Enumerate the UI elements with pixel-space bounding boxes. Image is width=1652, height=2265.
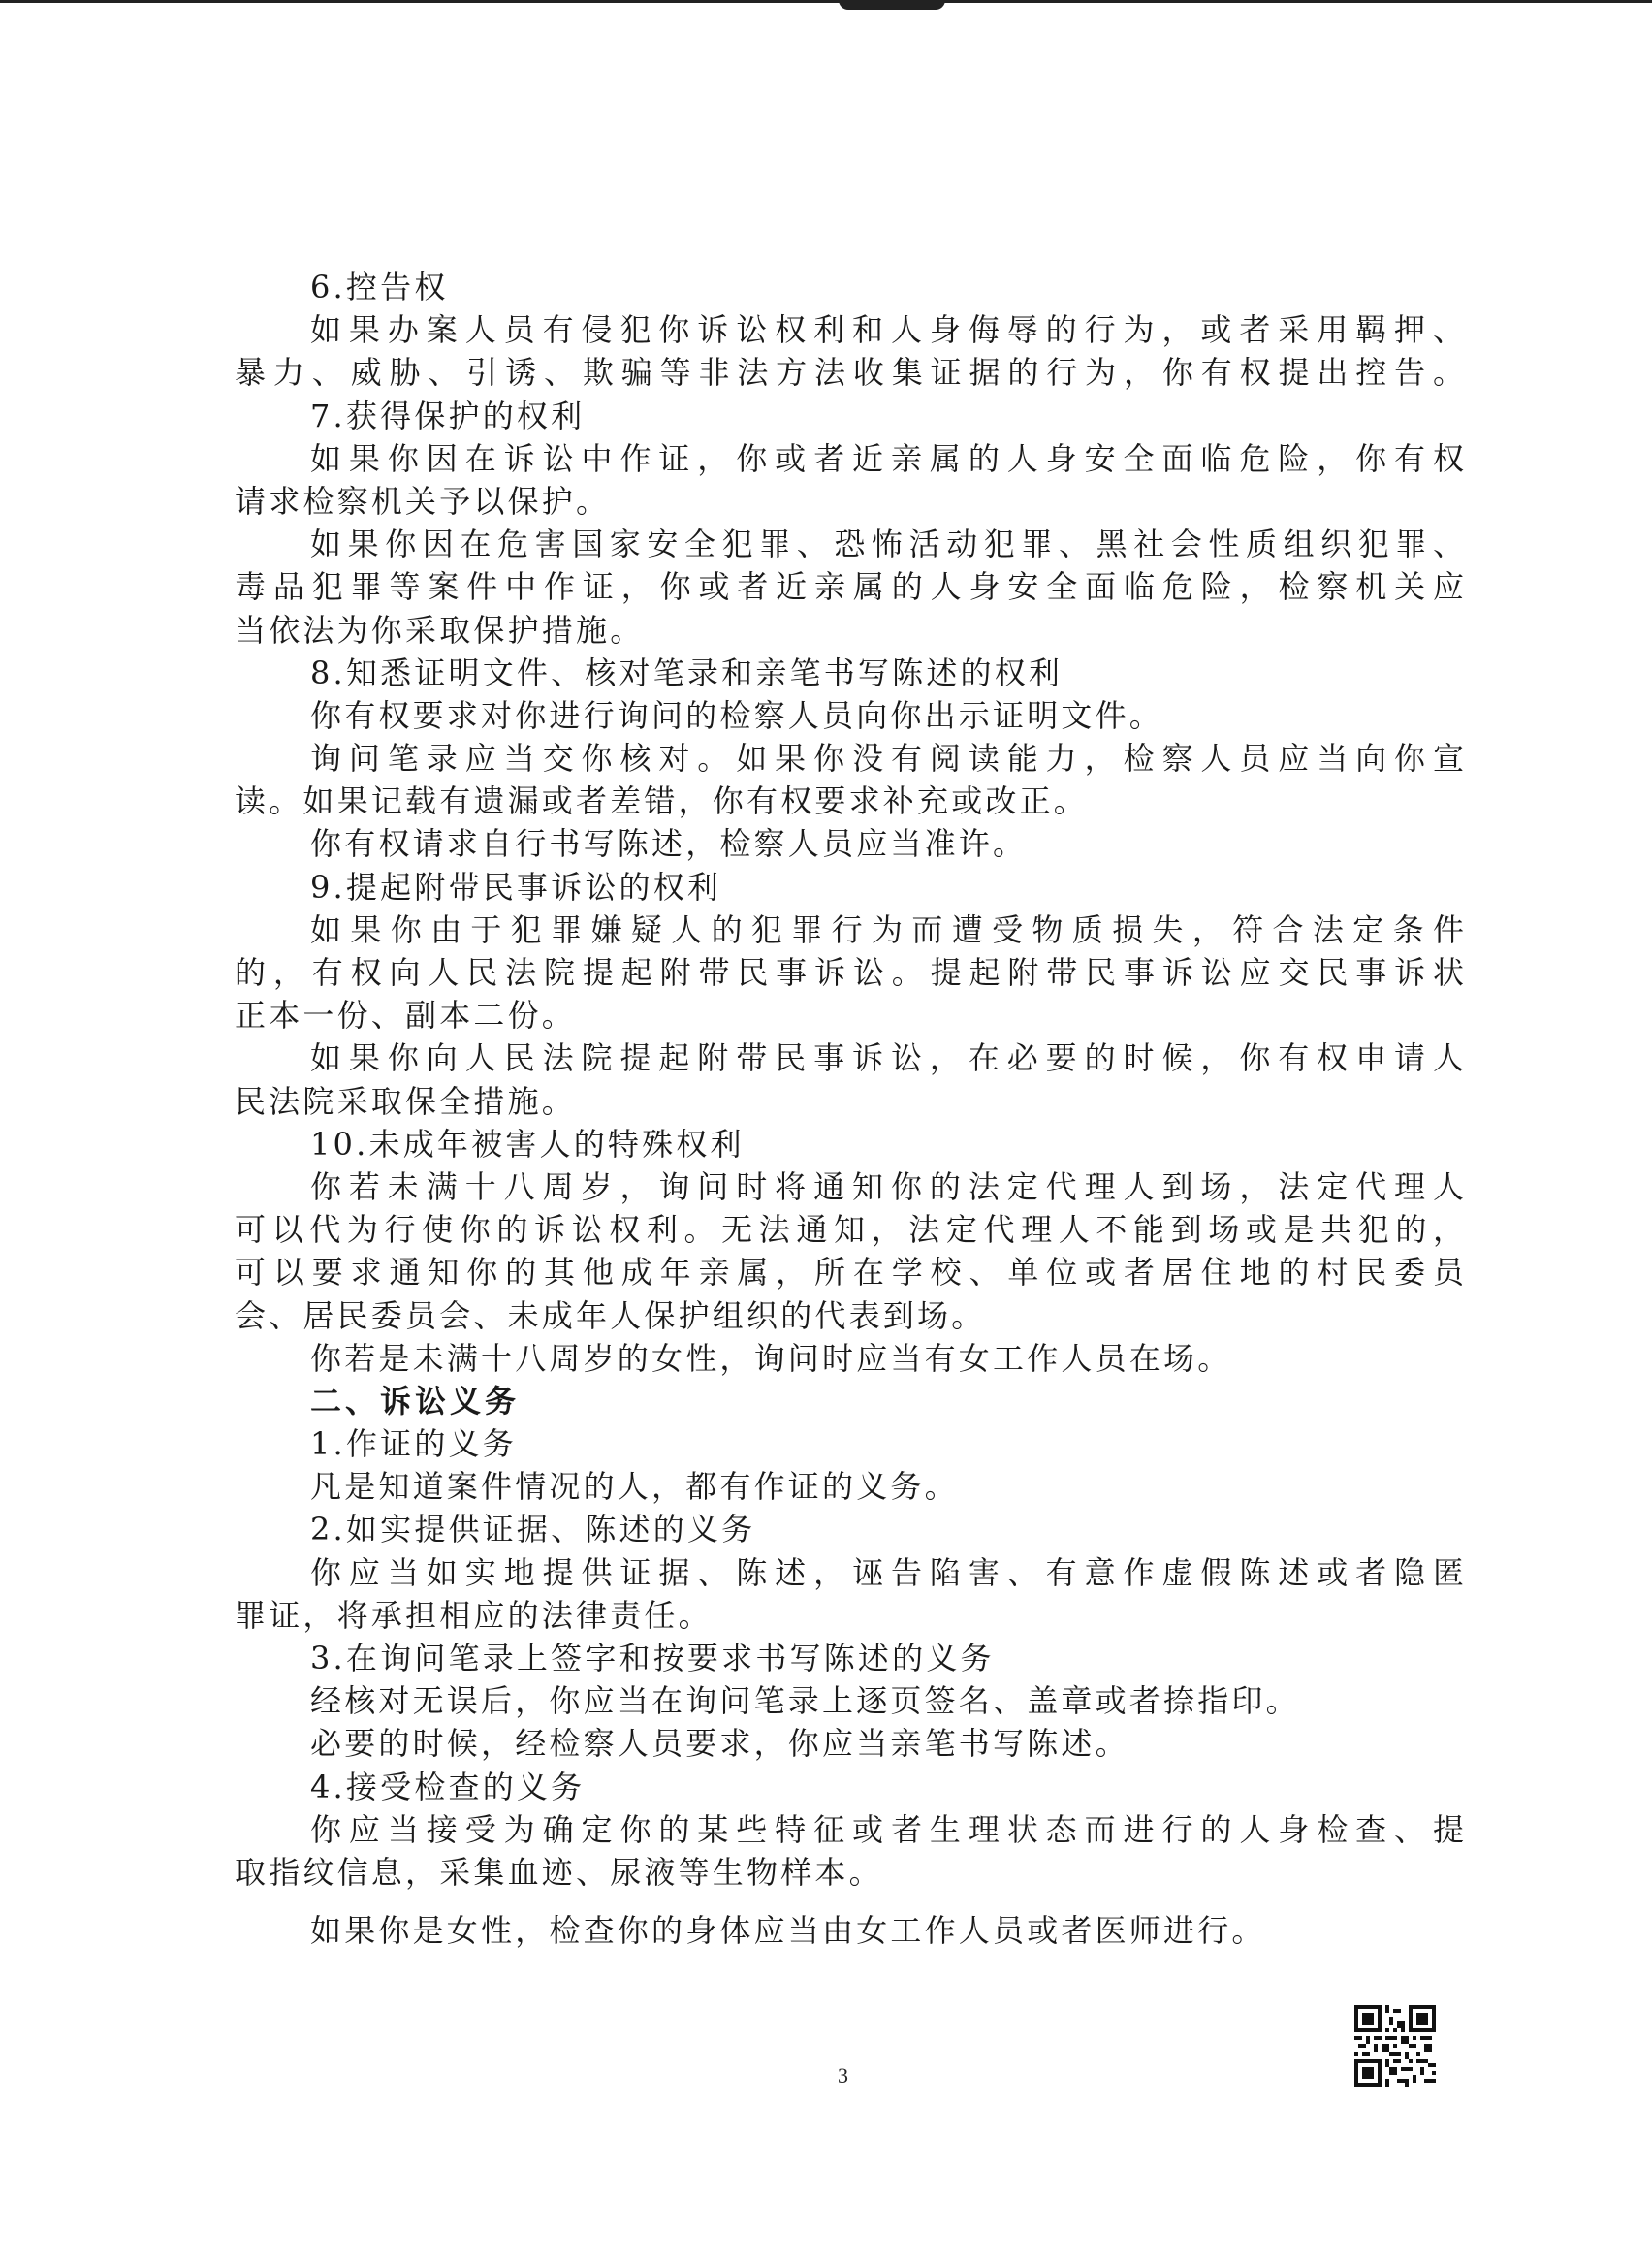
spacer xyxy=(235,1894,1464,1909)
heading-protection-right: 7.获得保护的权利 xyxy=(235,395,1464,437)
page-number: 3 xyxy=(838,2063,848,2089)
heading-minor-victim-rights: 10.未成年被害人的特殊权利 xyxy=(235,1123,1464,1165)
heading-signature-obligation: 3.在询问笔录上签字和按要求书写陈述的义务 xyxy=(235,1637,1464,1679)
scan-clip-shadow xyxy=(839,0,945,10)
paragraph-line: 会、居民委员会、未成年人保护组织的代表到场。 xyxy=(235,1294,1464,1337)
heading-truthful-evidence-obligation: 2.如实提供证据、陈述的义务 xyxy=(235,1508,1464,1550)
paragraph-line: 询问笔录应当交你核对。如果你没有阅读能力，检察人员应当向你宣 xyxy=(235,737,1464,780)
document-page: 6.控告权 如果办案人员有侵犯你诉讼权利和人身侮辱的行为，或者采用羁押、 暴力、… xyxy=(235,266,1464,1952)
paragraph-line: 经核对无误后，你应当在询问笔录上逐页签名、盖章或者捺指印。 xyxy=(235,1679,1464,1722)
paragraph-line: 如果你是女性，检查你的身体应当由女工作人员或者医师进行。 xyxy=(235,1909,1464,1952)
paragraph-line: 你有权请求自行书写陈述，检察人员应当准许。 xyxy=(235,822,1464,865)
paragraph-line: 当依法为你采取保护措施。 xyxy=(235,609,1464,652)
heading-accusation-right: 6.控告权 xyxy=(235,266,1464,308)
paragraph-line: 请求检察机关予以保护。 xyxy=(235,480,1464,523)
paragraph-line: 的，有权向人民法院提起附带民事诉讼。提起附带民事诉讼应交民事诉状 xyxy=(235,951,1464,994)
paragraph-line: 正本一份、副本二份。 xyxy=(235,994,1464,1037)
paragraph-line: 如果你因在诉讼中作证，你或者近亲属的人身安全面临危险，你有权 xyxy=(235,437,1464,480)
paragraph-line: 取指纹信息，采集血迹、尿液等生物样本。 xyxy=(235,1851,1464,1894)
paragraph-line: 可以代为行使你的诉讼权利。无法通知，法定代理人不能到场或是共犯的， xyxy=(235,1208,1464,1251)
heading-civil-suit-right: 9.提起附带民事诉讼的权利 xyxy=(235,866,1464,909)
qr-code-icon xyxy=(1354,2005,1436,2087)
heading-examination-obligation: 4.接受检查的义务 xyxy=(235,1766,1464,1808)
scan-edge xyxy=(0,0,1652,3)
paragraph-line: 你应当如实地提供证据、陈述，诬告陷害、有意作虚假陈述或者隐匿 xyxy=(235,1551,1464,1594)
heading-testify-obligation: 1.作证的义务 xyxy=(235,1422,1464,1465)
paragraph-line: 罪证，将承担相应的法律责任。 xyxy=(235,1594,1464,1637)
paragraph-line: 如果你因在危害国家安全犯罪、恐怖活动犯罪、黑社会性质组织犯罪、 xyxy=(235,523,1464,565)
paragraph-line: 你若是未满十八周岁的女性，询问时应当有女工作人员在场。 xyxy=(235,1337,1464,1380)
paragraph-line: 民法院采取保全措施。 xyxy=(235,1080,1464,1123)
paragraph-line: 你有权要求对你进行询问的检察人员向你出示证明文件。 xyxy=(235,694,1464,737)
paragraph-line: 凡是知道案件情况的人，都有作证的义务。 xyxy=(235,1465,1464,1508)
paragraph-line: 暴力、威胁、引诱、欺骗等非法方法收集证据的行为，你有权提出控告。 xyxy=(235,351,1464,394)
paragraph-line: 必要的时候，经检察人员要求，你应当亲笔书写陈述。 xyxy=(235,1722,1464,1765)
paragraph-line: 你若未满十八周岁，询问时将通知你的法定代理人到场，法定代理人 xyxy=(235,1165,1464,1208)
heading-document-verification-right: 8.知悉证明文件、核对笔录和亲笔书写陈述的权利 xyxy=(235,652,1464,694)
section-heading-litigation-obligations: 二、诉讼义务 xyxy=(235,1380,1464,1422)
paragraph-line: 你应当接受为确定你的某些特征或者生理状态而进行的人身检查、提 xyxy=(235,1808,1464,1851)
paragraph-line: 读。如果记载有遗漏或者差错，你有权要求补充或改正。 xyxy=(235,780,1464,822)
paragraph-line: 可以要求通知你的其他成年亲属，所在学校、单位或者居住地的村民委员 xyxy=(235,1251,1464,1293)
paragraph-line: 如果办案人员有侵犯你诉讼权利和人身侮辱的行为，或者采用羁押、 xyxy=(235,308,1464,351)
paragraph-line: 如果你向人民法院提起附带民事诉讼，在必要的时候，你有权申请人 xyxy=(235,1037,1464,1079)
paragraph-line: 毒品犯罪等案件中作证，你或者近亲属的人身安全面临危险，检察机关应 xyxy=(235,565,1464,608)
paragraph-line: 如果你由于犯罪嫌疑人的犯罪行为而遭受物质损失，符合法定条件 xyxy=(235,909,1464,951)
